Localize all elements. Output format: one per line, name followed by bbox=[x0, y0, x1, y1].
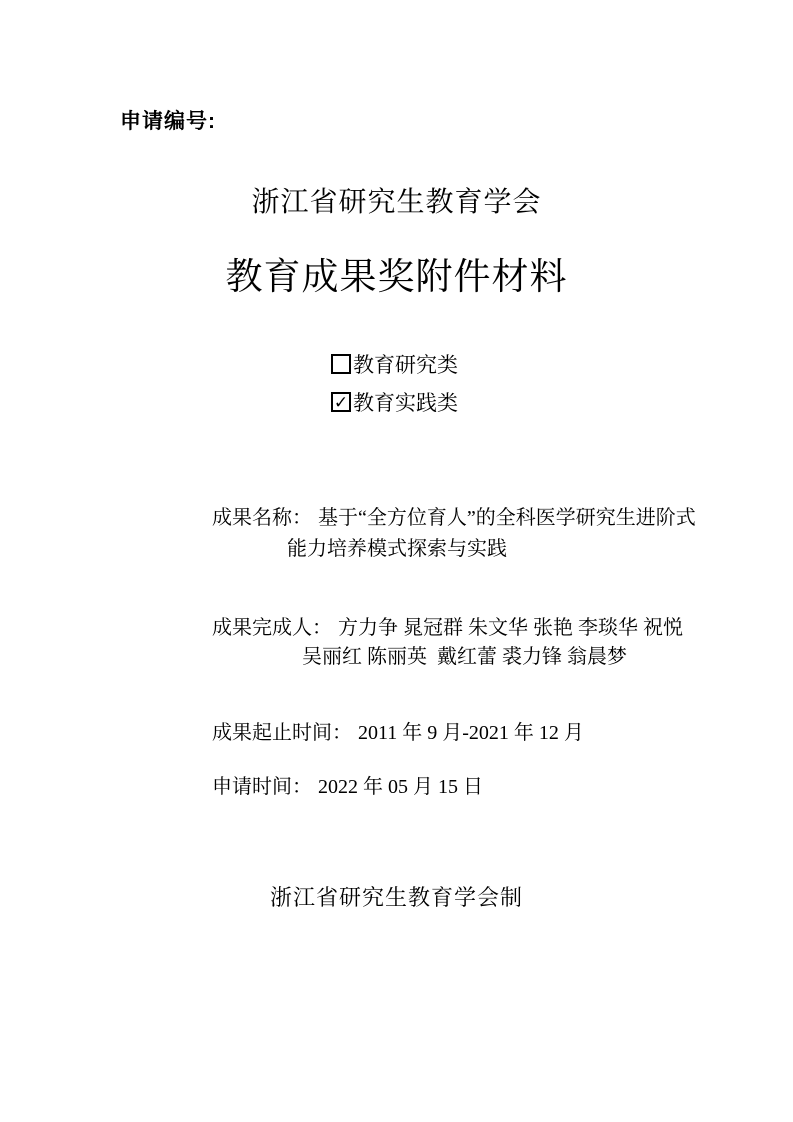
document-page: 申请编号: 浙江省研究生教育学会 教育成果奖附件材料 教育研究类 教育实践类 成… bbox=[0, 0, 793, 1122]
achievement-name-line-2: 能力培养模式探索与实践 bbox=[287, 537, 507, 561]
application-number-label: 申请编号: bbox=[120, 105, 216, 135]
achievement-name-label: 成果名称： bbox=[212, 507, 312, 529]
page-title: 教育成果奖附件材料 bbox=[0, 246, 793, 300]
checkbox-checked-icon[interactable] bbox=[331, 392, 351, 412]
duration-label: 成果起止时间： bbox=[212, 722, 352, 744]
category-option-practice: 教育实践类 bbox=[331, 387, 458, 417]
apply-date-value: 2022 年 05 月 15 日 bbox=[318, 776, 483, 798]
apply-date-line: 申请时间：2022 年 05 月 15 日 bbox=[192, 751, 483, 823]
authors-value-line-2: 吴丽红 陈丽英 戴红蕾 裘力锋 翁晨梦 bbox=[302, 645, 627, 669]
apply-date-label: 申请时间： bbox=[212, 776, 312, 798]
checkbox-unchecked-icon[interactable] bbox=[331, 354, 351, 374]
org-title: 浙江省研究生教育学会 bbox=[0, 180, 793, 220]
category-option-research: 教育研究类 bbox=[331, 349, 458, 379]
achievement-name-value: 基于“全方位育人”的全科医学研究生进阶式 bbox=[318, 507, 696, 529]
category-label-research: 教育研究类 bbox=[353, 349, 458, 379]
authors-label: 成果完成人： bbox=[212, 617, 332, 639]
authors-value-line-1: 方力争 晁冠群 朱文华 张艳 李琰华 祝悦 bbox=[338, 617, 683, 639]
duration-value: 2011 年 9 月-2021 年 12 月 bbox=[358, 722, 584, 744]
footer-publisher: 浙江省研究生教育学会制 bbox=[0, 881, 793, 912]
category-label-practice: 教育实践类 bbox=[353, 387, 458, 417]
